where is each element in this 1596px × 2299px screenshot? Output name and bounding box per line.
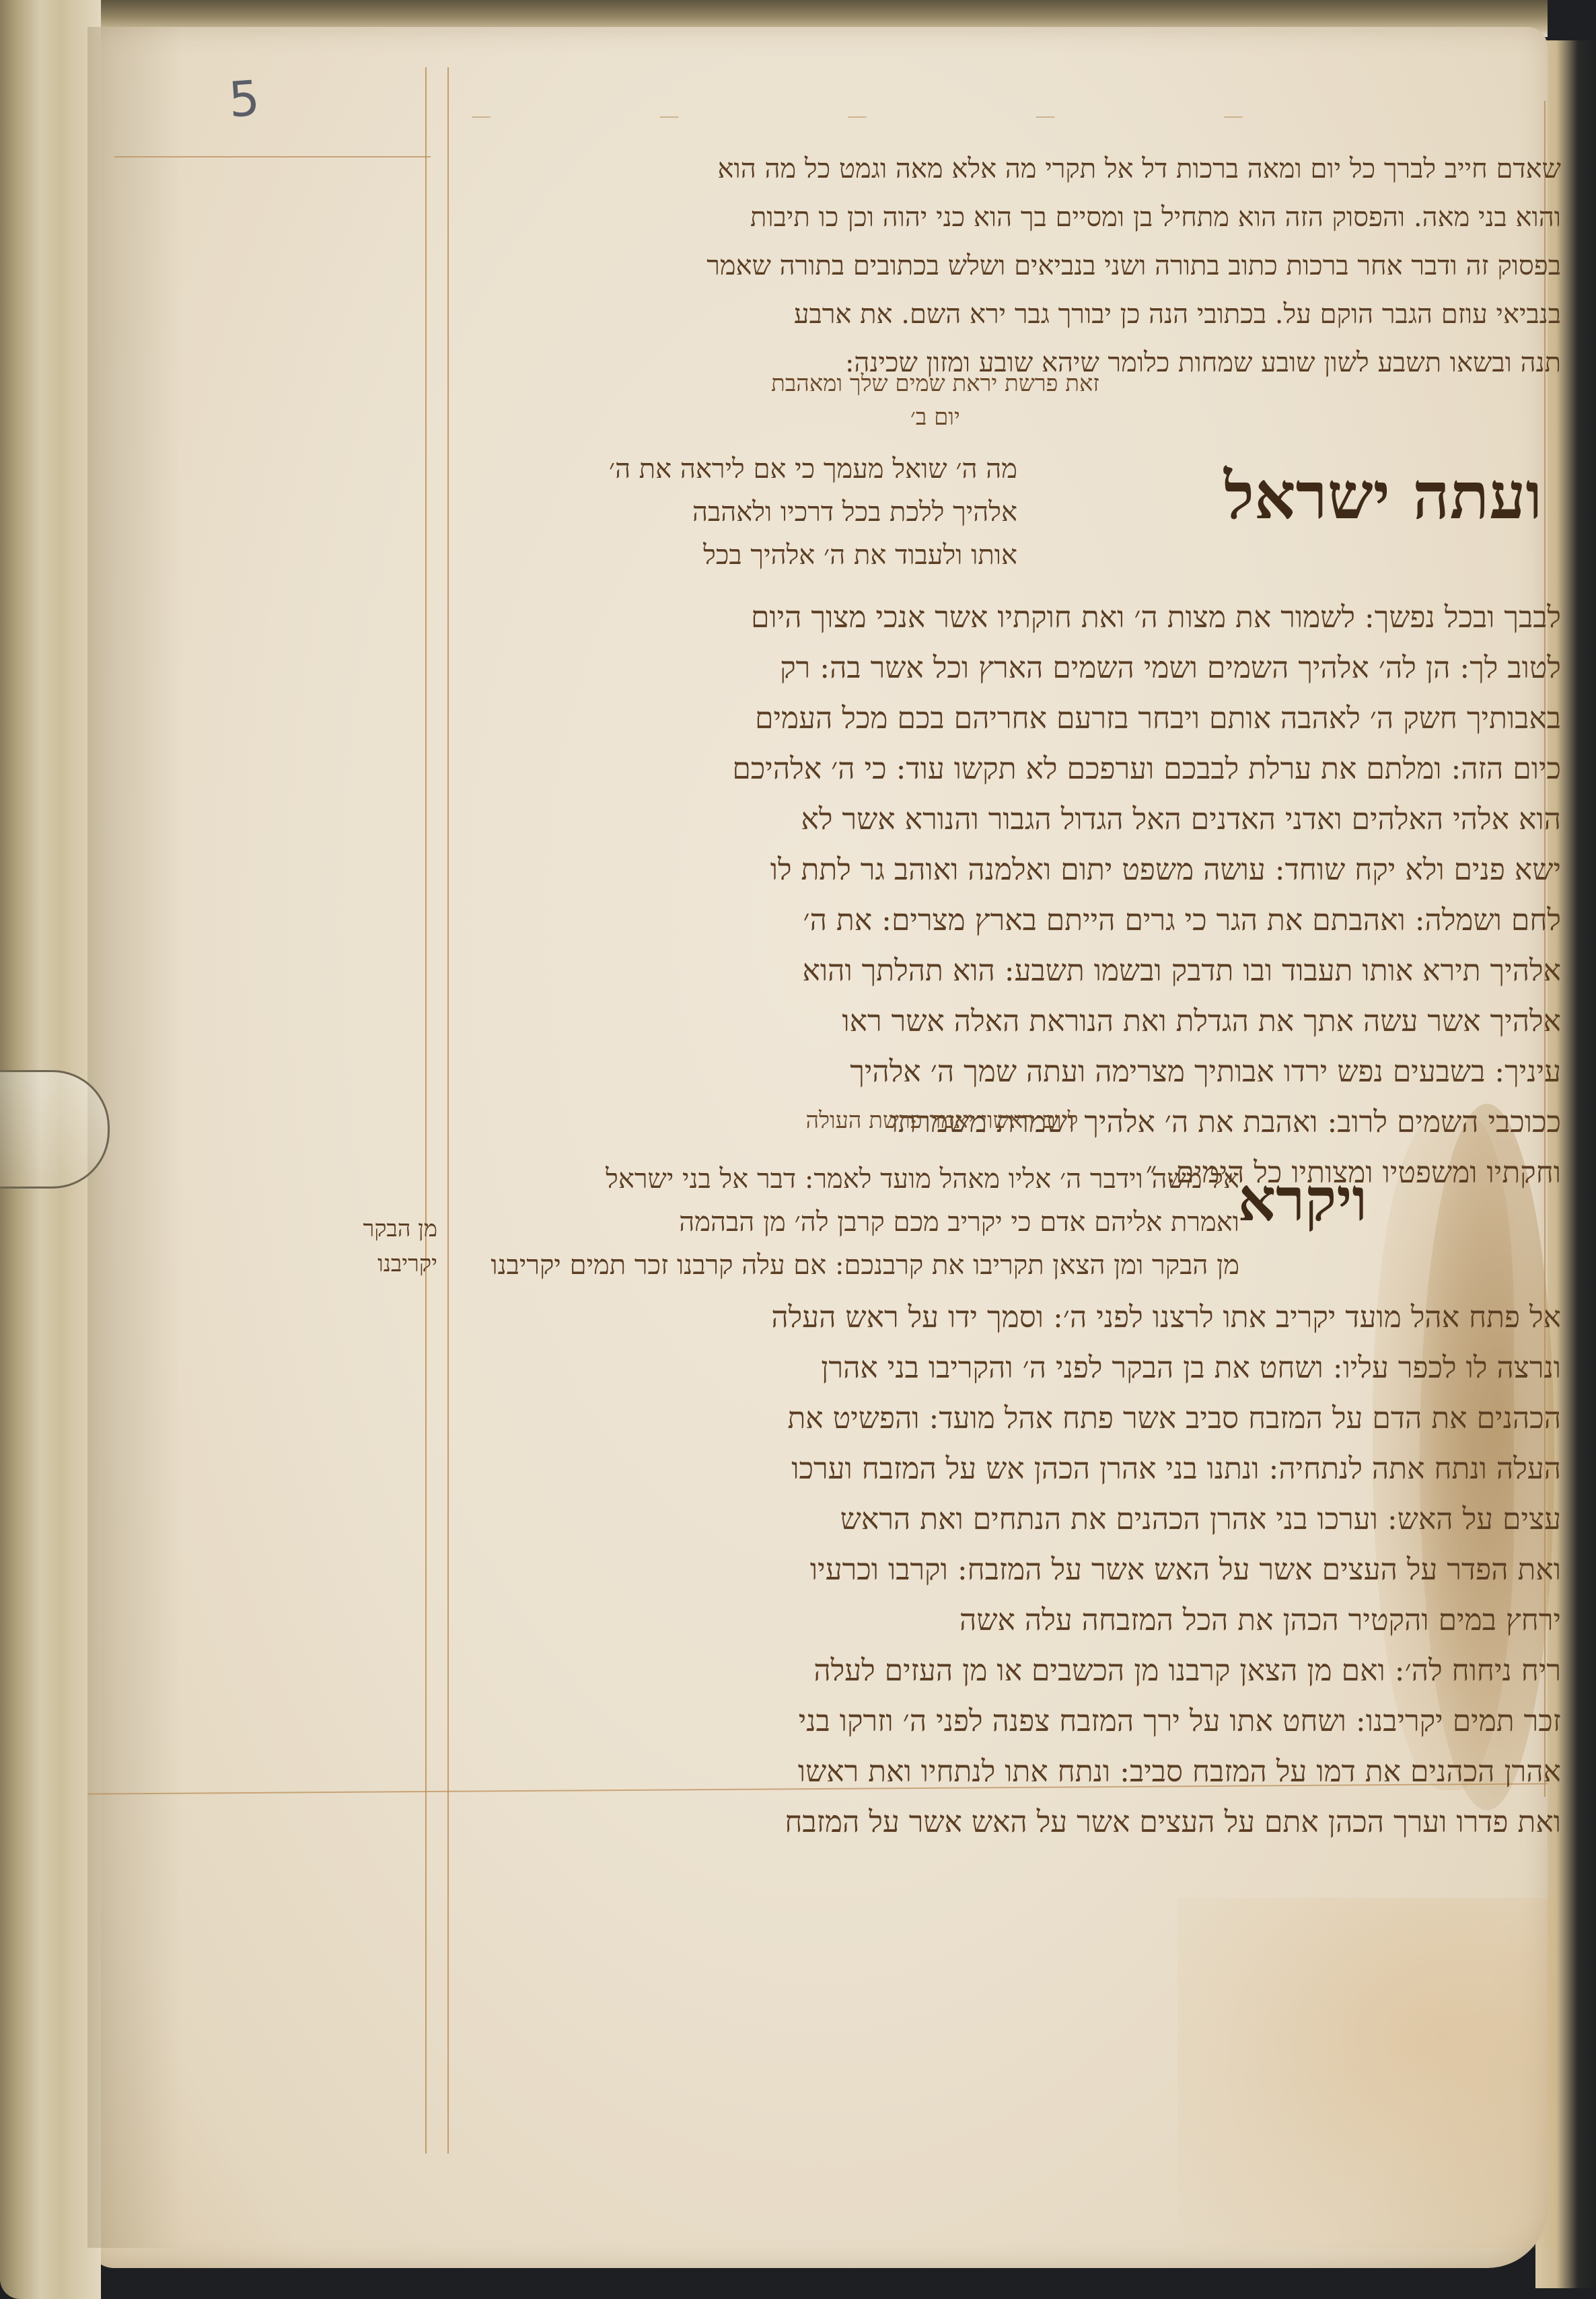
section-2-opening-verse: אל משה וידבר ה׳ אליו מאהל מועד לאמר: דבר… [452, 1158, 1239, 1287]
catchword-marks: — — — — — [471, 104, 1548, 128]
text-line: עיניך: בשבעים נפש ירדו אבותיך מצרימה ועת… [437, 1047, 1561, 1097]
text-line: ואת פדרו וערך הכהן אתם על העצים אשר על ה… [437, 1797, 1561, 1847]
ruling-top [114, 156, 431, 157]
text-line: לחם ושמלה: ואהבתם את הגר כי גרים הייתם ב… [437, 895, 1561, 946]
text-line: ואת הפדר על העצים אשר על האש אשר על המזב… [437, 1545, 1561, 1595]
manuscript-scan: 5 — — — — — שאדם חייב לברך כל יום ומאה ב… [0, 0, 1596, 2299]
marginal-note: מן הבקר יקריבנו [269, 1211, 437, 1281]
page-clip [0, 1070, 110, 1189]
text-line: ריח ניחוח לה׳: ואם מן הצאן קרבנו מן הכשב… [437, 1646, 1561, 1696]
text-line: אלהיך ללכת בכל דרכיו ולאהבה [479, 491, 1017, 534]
text-line: מה ה׳ שואל מעמך כי אם ליראה את ה׳ [479, 448, 1017, 491]
lower-discoloration [1177, 1898, 1554, 2248]
text-line: ירחץ במים והקטיר הכהן את הכל המזבחה עלה … [437, 1595, 1561, 1646]
text-line: לטוב לך: הן לה׳ אלהיך השמים ושמי השמים ה… [437, 643, 1561, 693]
text-line: זכר תמים יקריבנו: ושחט אתו על ירך המזבח … [437, 1696, 1561, 1746]
section-heading-vayikra: ויקרא [1238, 1164, 1367, 1235]
text-line: אלהיך תירא אותו תעבוד ובו תדבק ובשמו תשב… [437, 946, 1561, 996]
text-line: אלהיך אשר עשה אתך את הגדלת ואת הנוראת הא… [437, 996, 1561, 1047]
section-2-body: אל פתח אהל מועד יקריב אתו לרצנו לפני ה׳:… [437, 1292, 1561, 1847]
text-line: ואמרת אליהם אדם כי יקריב מכם קרבן לה׳ מן… [452, 1201, 1239, 1244]
section-heading-veatah-israel: ועתה ישראל [1224, 458, 1542, 534]
text-line: מן הבקר ומן הצאן תקריבו את קרבנכם: אם על… [452, 1244, 1239, 1287]
text-line: בנביאי עוזם הגבר הוקם על. בכתובי הנה כן … [437, 290, 1561, 339]
rubric-section-2: ליום ראשון יאמר פרשת העולה [673, 1104, 1211, 1137]
text-line: ישא פנים ולא יקח שוחד: עושה משפט יתום וא… [437, 845, 1561, 895]
section-1-opening-verse: מה ה׳ שואל מעמך כי אם ליראה את ה׳ אלהיך … [479, 448, 1017, 577]
text-line: מן הבקר [269, 1211, 437, 1246]
rubric-section-1: זאת פרשת יראת שמים שלך ומאהבת יום ב׳ [666, 367, 1204, 434]
text-line: אותו ולעבוד את ה׳ אלהיך בכל [479, 534, 1017, 577]
text-line: העלה ונתח אתה לנתחיה: ונתנו בני אהרן הכה… [437, 1444, 1561, 1494]
intro-paragraph: שאדם חייב לברך כל יום ומאה ברכות דל אל ת… [437, 145, 1561, 387]
text-line: אהרן הכהנים את דמו על המזבח סביב: ונתח א… [437, 1746, 1561, 1797]
text-line: שאדם חייב לברך כל יום ומאה ברכות דל אל ת… [437, 145, 1561, 193]
text-line: יקריבנו [269, 1246, 437, 1281]
text-line: ונרצה לו לכפר עליו: ושחט את בן הבקר לפני… [437, 1343, 1561, 1393]
text-line: עצים על האש: וערכו בני אהרן הכהנים את הנ… [437, 1494, 1561, 1545]
text-line: הוא אלהי האלהים ואדני האדנים האל הגדול ה… [437, 794, 1561, 845]
text-line: הכהנים את הדם על המזבח סביב אשר פתח אהל … [437, 1393, 1561, 1444]
rubric-line: יום ב׳ [666, 400, 1204, 434]
text-line: אל משה וידבר ה׳ אליו מאהל מועד לאמר: דבר… [452, 1158, 1239, 1201]
text-line: באבותיך חשק ה׳ לאהבה אותם ויבחר בזרעם אח… [437, 693, 1561, 744]
text-line: אל פתח אהל מועד יקריב אתו לרצנו לפני ה׳:… [437, 1292, 1561, 1343]
text-line: בפסוק זה ודבר אחר ברכות כתוב בתורה ושני … [437, 242, 1561, 290]
ruling-left-outer [425, 67, 427, 2154]
rubric-line: ליום ראשון יאמר פרשת העולה [673, 1104, 1211, 1137]
rubric-line: זאת פרשת יראת שמים שלך ומאהבת [666, 367, 1204, 400]
text-line: כיום הזה: ומלתם את ערלת לבבכם וערפכם לא … [437, 744, 1561, 794]
text-line: לבבך ובכל נפשך: לשמור את מצות ה׳ ואת חוק… [437, 592, 1561, 643]
folio-number: 5 [227, 70, 262, 129]
text-line: והוא בני מאה. והפסוק הזה הוא מתחיל בן ומ… [437, 193, 1561, 242]
